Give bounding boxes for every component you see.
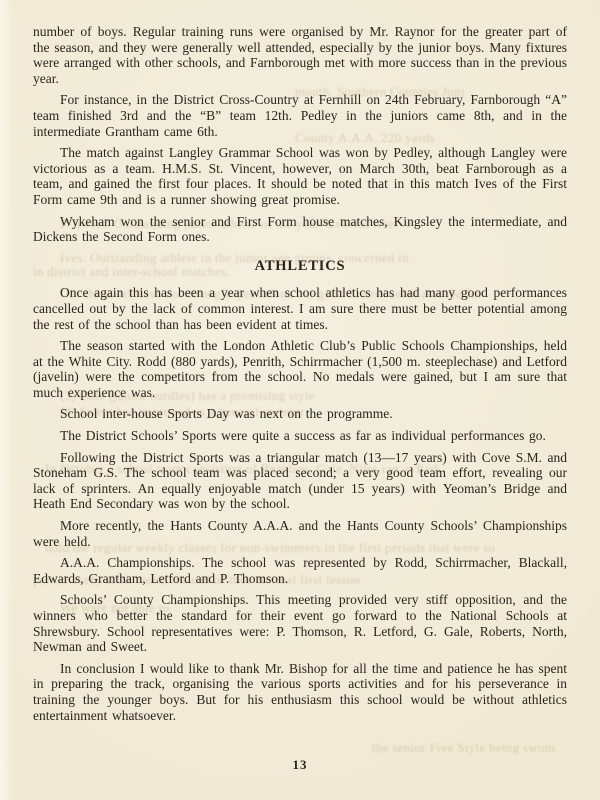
paragraph: In conclusion I would like to thank Mr. … <box>33 661 567 723</box>
paragraph: The season started with the London Athle… <box>33 338 567 400</box>
paragraph: The match against Langley Grammar School… <box>33 145 567 207</box>
paragraph: Following the District Sports was a tria… <box>33 450 567 512</box>
paragraph: For instance, in the District Cross-Coun… <box>33 92 567 139</box>
section-heading-athletics: ATHLETICS <box>33 259 567 275</box>
paragraph: School inter-house Sports Day was next o… <box>33 406 567 422</box>
paragraph: Schools’ County Championships. This meet… <box>33 592 567 654</box>
paragraph: Wykeham won the senior and First Form ho… <box>33 214 567 245</box>
article-body: number of boys. Regular training runs we… <box>33 24 567 729</box>
paragraph: Once again this has been a year when sch… <box>33 285 567 332</box>
scanned-document-page: mouth. Southern Counties JuniCounty A.A.… <box>0 0 600 800</box>
paragraph: More recently, the Hants County A.A.A. a… <box>33 518 567 549</box>
paragraph: number of boys. Regular training runs we… <box>33 24 567 86</box>
paragraph: A.A.A. Championships. The school was rep… <box>33 555 567 586</box>
page-number: 13 <box>0 757 600 773</box>
bleedthrough-line: the senior Free Style being swum <box>372 740 555 756</box>
paragraph: The District Schools’ Sports were quite … <box>33 428 567 444</box>
